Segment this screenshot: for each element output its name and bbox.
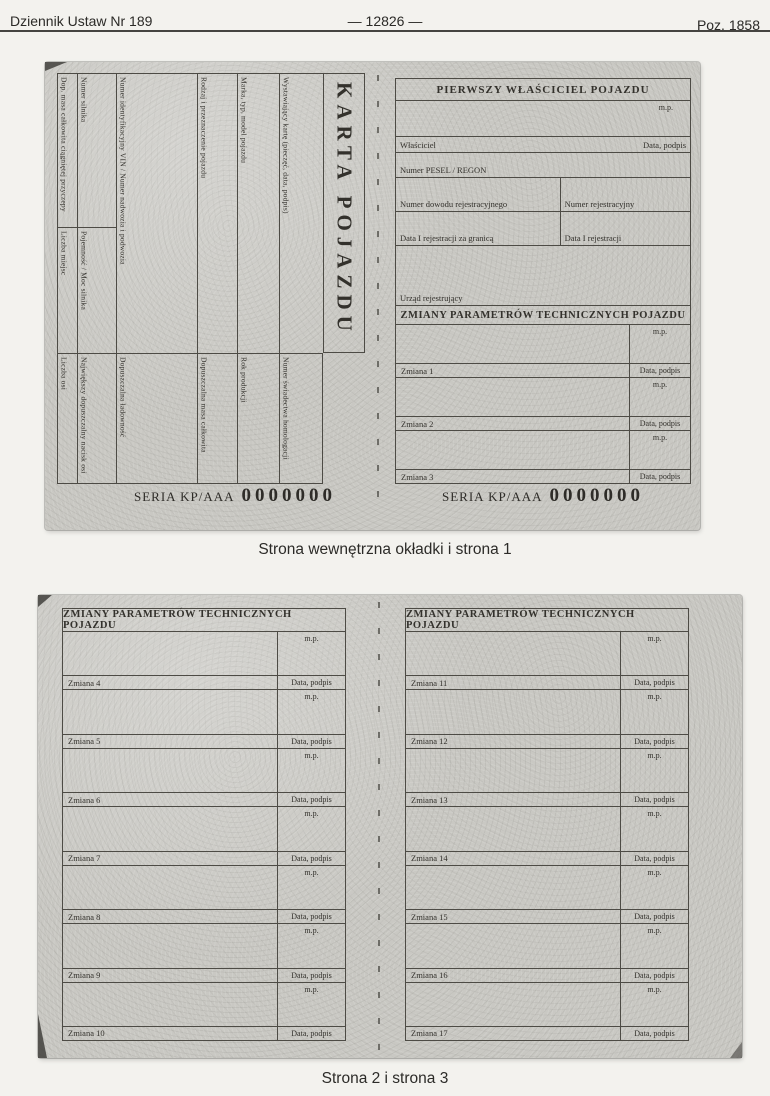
zmiana-row: m.p. Zmiana 5 Data, podpis xyxy=(63,690,345,748)
field-issuer: Wystawiający kartę (pieczęć, data, podpi… xyxy=(279,73,323,353)
owner-box: m.p. Właściciel Data, podpis xyxy=(396,101,690,153)
journal-title: Dziennik Ustaw Nr 189 xyxy=(10,13,152,29)
stamp-label: m.p. xyxy=(647,868,661,877)
field-engine-number: Numer silnika xyxy=(77,73,116,227)
stamp-label: m.p. xyxy=(653,327,667,336)
page1-table: PIERWSZY WŁAŚCICIEL POJAZDU m.p. Właścic… xyxy=(395,78,691,484)
stamp-label: m.p. xyxy=(304,692,318,701)
stamp-label: m.p. xyxy=(304,926,318,935)
zmiana-date-label: Data, podpis xyxy=(277,734,345,748)
zmiana-stamp-cell: m.p. xyxy=(277,924,345,967)
stamp-label: m.p. xyxy=(653,433,667,442)
zmiana-row: m.p. Zmiana 14 Data, podpis xyxy=(406,807,688,865)
zmiana-row: m.p. Zmiana 7 Data, podpis xyxy=(63,807,345,865)
zmiana-label: Zmiana 8 xyxy=(63,909,277,923)
figure2-caption: Strona 2 i strona 3 xyxy=(0,1070,770,1088)
zmiana-row: m.p. Zmiana 8 Data, podpis xyxy=(63,866,345,924)
zmiana-date-label: Data, podpis xyxy=(620,968,688,982)
pesel-row: Numer PESEL / REGON xyxy=(396,153,690,178)
office-row: Urząd rejestrujący xyxy=(396,246,690,306)
seria-line-page1: SERIA KP/AAA0000000 xyxy=(395,485,691,507)
zmiana-label: Zmiana 5 xyxy=(63,734,277,748)
stamp-label: m.p. xyxy=(304,751,318,760)
zmiana-stamp-cell: m.p. xyxy=(620,924,688,967)
date-signature-label: Data, podpis xyxy=(643,140,686,150)
seria-number: 0000000 xyxy=(550,485,645,506)
page-number: — 12826 — xyxy=(348,13,423,29)
stamp-label: m.p. xyxy=(659,103,673,112)
zmiana-label: Zmiana 11 xyxy=(406,675,620,689)
stamp-label: m.p. xyxy=(304,985,318,994)
zmiana-label: Zmiana 15 xyxy=(406,909,620,923)
zmiana-date-label: Data, podpis xyxy=(629,416,690,430)
figure1-caption: Strona wewnętrzna okładki i strona 1 xyxy=(0,541,770,559)
registration-doc-row: Numer dowodu rejestracyjnego Numer rejes… xyxy=(396,178,690,212)
changes-title: ZMIANY PARAMETRÓW TECHNICZNYCH POJAZDU xyxy=(406,609,688,632)
stamp-label: m.p. xyxy=(304,634,318,643)
zmiana-row: m.p. Zmiana 3 Data, podpis xyxy=(396,431,690,483)
stamp-label: m.p. xyxy=(647,985,661,994)
zmiana-label: Zmiana 16 xyxy=(406,968,620,982)
zmiana-date-label: Data, podpis xyxy=(277,851,345,865)
field-vehicle-kind: Rodzaj i przeznaczenie pojazdu xyxy=(197,73,237,353)
zmiana-stamp-cell: m.p. xyxy=(620,749,688,792)
field-make-model: Marka, typ, model pojazdu xyxy=(237,73,279,353)
field-total-mass: Dopuszczalna masa całkowita xyxy=(197,353,237,484)
zmiana-label: Zmiana 17 xyxy=(406,1026,620,1040)
zmiana-row: m.p. Zmiana 13 Data, podpis xyxy=(406,749,688,807)
zmiana-label: Zmiana 2 xyxy=(396,416,629,430)
zmiana-stamp-cell: m.p. xyxy=(629,325,690,363)
zmiana-date-label: Data, podpis xyxy=(629,469,690,483)
zmiana-label: Zmiana 6 xyxy=(63,792,277,806)
zmiana-label: Zmiana 10 xyxy=(63,1026,277,1040)
zmiana-date-label: Data, podpis xyxy=(620,851,688,865)
zmiana-writing-area xyxy=(63,924,277,967)
zmiana-writing-area xyxy=(406,924,620,967)
zmiana-date-label: Data, podpis xyxy=(620,675,688,689)
stamp-label: m.p. xyxy=(304,809,318,818)
binding-stitch xyxy=(378,602,380,1050)
zmiana-writing-area xyxy=(63,983,277,1026)
scan-cover-and-page1: Dop. masa całkowita ciągniętej przyczepy… xyxy=(45,62,700,530)
field-production-year: Rok produkcji xyxy=(237,353,279,484)
zmiana-writing-area xyxy=(63,807,277,850)
field-trailer-mass: Dop. masa całkowita ciągniętej przyczepy xyxy=(57,73,77,227)
zmiana-row: m.p. Zmiana 10 Data, podpis xyxy=(63,983,345,1040)
zmiana-date-label: Data, podpis xyxy=(277,1026,345,1040)
stamp-label: m.p. xyxy=(653,380,667,389)
zmiana-date-label: Data, podpis xyxy=(277,909,345,923)
zmiana-date-label: Data, podpis xyxy=(620,909,688,923)
zmiana-stamp-cell: m.p. xyxy=(620,690,688,733)
zmiana-writing-area xyxy=(63,690,277,733)
zmiana-writing-area xyxy=(63,749,277,792)
field-seats: Liczba miejsc xyxy=(57,227,77,353)
zmiana-row: m.p. Zmiana 17 Data, podpis xyxy=(406,983,688,1040)
zmiana-label: Zmiana 1 xyxy=(396,363,629,377)
zmiana-stamp-cell: m.p. xyxy=(277,632,345,675)
stamp-label: m.p. xyxy=(647,809,661,818)
zmiana-writing-area xyxy=(396,378,629,416)
stamp-label: m.p. xyxy=(647,926,661,935)
scan-page2-and-page3: ZMIANY PARAMETRÓW TECHNICZNYCH POJAZDU m… xyxy=(38,595,742,1058)
zmiana-writing-area xyxy=(406,632,620,675)
changes-title: ZMIANY PARAMETRÓW TECHNICZNYCH POJAZDU xyxy=(63,609,345,632)
journal-page: Dziennik Ustaw Nr 189 — 12826 — Poz. 185… xyxy=(0,0,770,1096)
owner-labels: Właściciel Data, podpis xyxy=(396,137,690,152)
zmiana-row: m.p. Zmiana 16 Data, podpis xyxy=(406,924,688,982)
zmiana-stamp-cell: m.p. xyxy=(629,378,690,416)
zmiana-label: Zmiana 9 xyxy=(63,968,277,982)
zmiana-row: m.p. Zmiana 12 Data, podpis xyxy=(406,690,688,748)
zmiana-stamp-cell: m.p. xyxy=(629,431,690,469)
stamp-label: m.p. xyxy=(647,634,661,643)
changes-title: ZMIANY PARAMETRÓW TECHNICZNYCH POJAZDU xyxy=(396,306,690,325)
zmiana-stamp-cell: m.p. xyxy=(277,807,345,850)
zmiana-row: m.p. Zmiana 6 Data, podpis xyxy=(63,749,345,807)
seria-number: 0000000 xyxy=(242,485,337,506)
zmiana-writing-area xyxy=(406,690,620,733)
zmiana-stamp-cell: m.p. xyxy=(620,983,688,1026)
zmiana-date-label: Data, podpis xyxy=(620,792,688,806)
zmiana-row: m.p. Zmiana 4 Data, podpis xyxy=(63,632,345,690)
zmiana-writing-area xyxy=(63,632,277,675)
page2-table: ZMIANY PARAMETRÓW TECHNICZNYCH POJAZDU m… xyxy=(62,608,346,1041)
zmiana-label: Zmiana 12 xyxy=(406,734,620,748)
doc-number-cell: Numer dowodu rejestracyjnego xyxy=(396,178,561,211)
zmiana-label: Zmiana 4 xyxy=(63,675,277,689)
zmiana-stamp-cell: m.p. xyxy=(277,866,345,909)
owner-label: Właściciel xyxy=(400,140,436,150)
zmiana-stamp-cell: m.p. xyxy=(277,749,345,792)
zmiana-writing-area xyxy=(396,325,629,363)
zmiana-label: Zmiana 7 xyxy=(63,851,277,865)
page3-table: ZMIANY PARAMETRÓW TECHNICZNYCH POJAZDU m… xyxy=(405,608,689,1041)
page1-title: PIERWSZY WŁAŚCICIEL POJAZDU xyxy=(396,79,690,101)
zmiana-writing-area xyxy=(396,431,629,469)
cover-empty-corner xyxy=(323,353,365,484)
zmiana-writing-area xyxy=(63,866,277,909)
date-reg-cell: Data I rejestracji xyxy=(561,212,690,245)
field-homologation: Numer świadectwa homologacji xyxy=(279,353,323,484)
field-payload: Dopuszczalna ładowność xyxy=(116,353,197,484)
reg-number-cell: Numer rejestracyjny xyxy=(561,178,690,211)
zmiana-writing-area xyxy=(406,866,620,909)
zmiana-label: Zmiana 3 xyxy=(396,469,629,483)
registration-date-row: Data I rejestracji za granicą Data I rej… xyxy=(396,212,690,246)
zmiana-date-label: Data, podpis xyxy=(277,968,345,982)
stamp-label: m.p. xyxy=(304,868,318,877)
zmiana-writing-area xyxy=(406,807,620,850)
zmiana-stamp-cell: m.p. xyxy=(620,632,688,675)
zmiana-date-label: Data, podpis xyxy=(629,363,690,377)
zmiana-date-label: Data, podpis xyxy=(277,675,345,689)
zmiana-row: m.p. Zmiana 11 Data, podpis xyxy=(406,632,688,690)
card-title: KARTA POJAZDU xyxy=(332,74,357,352)
zmiana-row: m.p. Zmiana 15 Data, podpis xyxy=(406,866,688,924)
zmiana-writing-area xyxy=(406,749,620,792)
owner-stamp-area: m.p. xyxy=(396,101,690,137)
field-capacity-power: Pojemność / Moc silnika xyxy=(77,227,116,353)
zmiana-date-label: Data, podpis xyxy=(277,792,345,806)
cover-table: Dop. masa całkowita ciągniętej przyczepy… xyxy=(57,73,365,484)
zmiana-date-label: Data, podpis xyxy=(620,734,688,748)
card-title-strip: KARTA POJAZDU xyxy=(323,73,365,353)
field-vin: Numer identyfikacyjny VIN / Numer nadwoz… xyxy=(116,73,197,353)
date-abroad-cell: Data I rejestracji za granicą xyxy=(396,212,561,245)
zmiana-date-label: Data, podpis xyxy=(620,1026,688,1040)
zmiana-row: m.p. Zmiana 9 Data, podpis xyxy=(63,924,345,982)
zmiana-label: Zmiana 14 xyxy=(406,851,620,865)
seria-line-cover: SERIA KP/AAA0000000 xyxy=(105,485,365,507)
header-rule xyxy=(0,30,770,32)
zmiana-stamp-cell: m.p. xyxy=(277,690,345,733)
zmiana-row: m.p. Zmiana 1 Data, podpis xyxy=(396,325,690,378)
zmiana-stamp-cell: m.p. xyxy=(620,807,688,850)
field-axle-load: Największy dopuszczalny nacisk osi xyxy=(77,353,116,484)
zmiana-stamp-cell: m.p. xyxy=(277,983,345,1026)
zmiana-label: Zmiana 13 xyxy=(406,792,620,806)
stamp-label: m.p. xyxy=(647,751,661,760)
stamp-label: m.p. xyxy=(647,692,661,701)
zmiana-stamp-cell: m.p. xyxy=(620,866,688,909)
field-axles: Liczba osi xyxy=(57,353,77,484)
zmiana-row: m.p. Zmiana 2 Data, podpis xyxy=(396,378,690,431)
binding-stitch xyxy=(377,75,379,515)
zmiana-writing-area xyxy=(406,983,620,1026)
